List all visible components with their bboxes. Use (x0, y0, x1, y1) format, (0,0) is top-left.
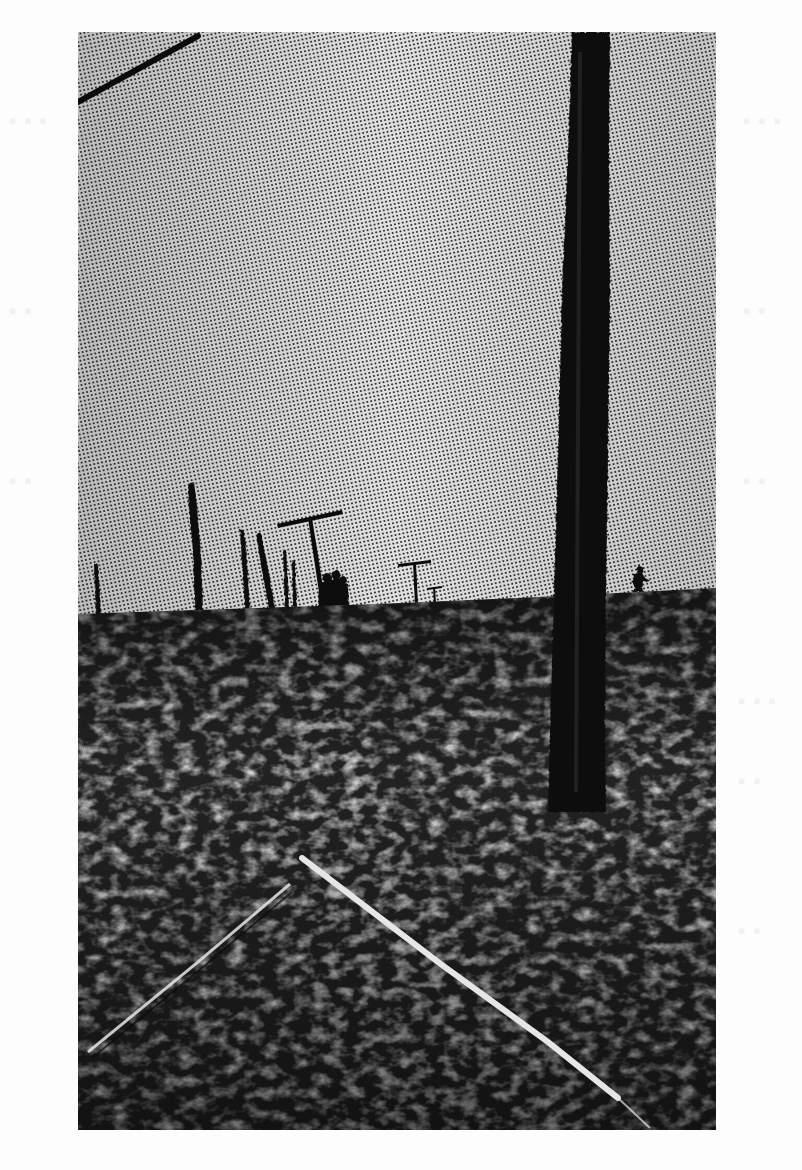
bleed-through-marks: ▪▪ (735, 770, 765, 795)
bleed-through-marks: ▪▪▪ (6, 110, 52, 135)
bleed-through-marks: ▪▪▪ (735, 690, 781, 715)
bleed-through-marks: ▪▪ (735, 920, 765, 945)
halftone-photograph (78, 32, 716, 1130)
bleed-through-marks: ▪▪▪ (740, 110, 786, 135)
bleed-through-marks: ▪▪ (740, 470, 770, 495)
bleed-through-marks: ▪▪ (6, 470, 36, 495)
bleed-through-marks: ▪▪ (740, 300, 770, 325)
ground (78, 572, 716, 1130)
printed-page: ▪▪▪ ▪▪ ▪▪ ▪▪▪ ▪▪ ▪▪ ▪▪▪ ▪▪ ▪▪ (0, 0, 802, 1170)
photo-scene (78, 32, 716, 1130)
bleed-through-marks: ▪▪ (6, 300, 36, 325)
sky (78, 32, 716, 632)
